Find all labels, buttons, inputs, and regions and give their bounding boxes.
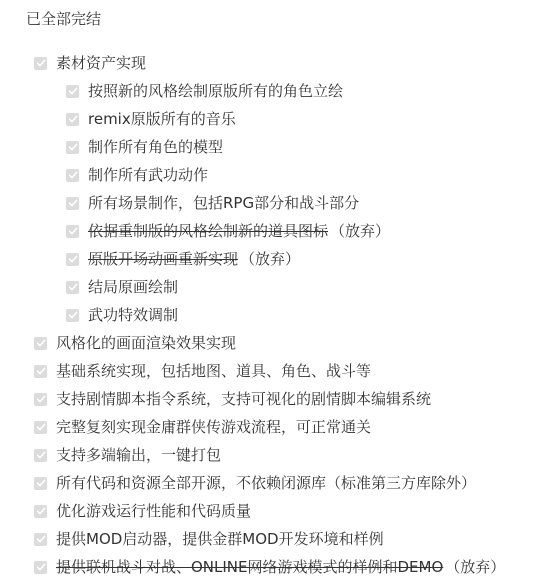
task-item: 支持多端输出，一键打包 <box>34 441 505 469</box>
checkmark-icon <box>68 310 78 320</box>
subtask-item: 制作所有武功动作 <box>66 161 505 189</box>
task-label: 基础系统实现，包括地图、道具、角色、战斗等 <box>56 361 371 381</box>
checkmark-icon <box>68 86 78 96</box>
task-checkbox[interactable] <box>66 169 79 182</box>
subtask-item: remix原版所有的音乐 <box>66 105 505 133</box>
abandoned-note: （放弃） <box>240 249 300 269</box>
task-label: 制作所有角色的模型 <box>88 137 223 157</box>
task-label: 所有代码和资源全部开源，不依赖闭源库（标准第三方库除外） <box>56 473 476 493</box>
task-checkbox[interactable] <box>34 449 47 462</box>
task-label: 结局原画绘制 <box>88 277 178 297</box>
task-checkbox[interactable] <box>34 533 47 546</box>
task-checkbox[interactable] <box>34 337 47 350</box>
checkmark-icon <box>68 114 78 124</box>
subtask-item: 所有场景制作，包括RPG部分和战斗部分 <box>66 189 505 217</box>
subtask-item-abandoned: 原版开场动画重新实现 （放弃） <box>66 245 505 273</box>
task-label: 完整复刻实现金庸群侠传游戏流程，可正常通关 <box>56 417 371 437</box>
task-checkbox[interactable] <box>34 57 47 70</box>
task-label: remix原版所有的音乐 <box>88 109 236 129</box>
task-label-struck: 依据重制版的风格绘制新的道具图标 <box>88 221 328 241</box>
task-label: 支持多端输出，一键打包 <box>56 445 221 465</box>
task-label: 所有场景制作，包括RPG部分和战斗部分 <box>88 193 359 213</box>
task-label-struck: 原版开场动画重新实现 <box>88 249 238 269</box>
task-label: 支持剧情脚本指令系统，支持可视化的剧情脚本编辑系统 <box>56 389 431 409</box>
checkmark-icon <box>68 170 78 180</box>
task-item: 素材资产实现 按照新的风格绘制原版所有的角色立绘 remix原版所有的音乐 制作… <box>34 49 505 329</box>
task-label: 风格化的画面渲染效果实现 <box>56 333 236 353</box>
checkmark-icon <box>36 366 46 376</box>
subtask-item: 武功特效调制 <box>66 301 505 329</box>
task-list: 素材资产实现 按照新的风格绘制原版所有的角色立绘 remix原版所有的音乐 制作… <box>34 49 505 581</box>
task-item: 所有代码和资源全部开源，不依赖闭源库（标准第三方库除外） <box>34 469 505 497</box>
task-label: 优化游戏运行性能和代码质量 <box>56 501 251 521</box>
task-item: 支持剧情脚本指令系统，支持可视化的剧情脚本编辑系统 <box>34 385 505 413</box>
checkmark-icon <box>36 338 46 348</box>
subtask-item-abandoned: 依据重制版的风格绘制新的道具图标 （放弃） <box>66 217 505 245</box>
task-label: 按照新的风格绘制原版所有的角色立绘 <box>88 81 343 101</box>
subtask-item: 制作所有角色的模型 <box>66 133 505 161</box>
subtask-list: 按照新的风格绘制原版所有的角色立绘 remix原版所有的音乐 制作所有角色的模型… <box>34 77 505 329</box>
task-checkbox[interactable] <box>34 393 47 406</box>
task-checkbox[interactable] <box>66 225 79 238</box>
task-item: 提供MOD启动器，提供金群MOD开发环境和样例 <box>34 525 505 553</box>
task-checkbox[interactable] <box>34 505 47 518</box>
checkmark-icon <box>36 562 46 572</box>
task-checkbox[interactable] <box>34 561 47 574</box>
task-checkbox[interactable] <box>66 309 79 322</box>
task-label: 制作所有武功动作 <box>88 165 208 185</box>
task-checkbox[interactable] <box>66 113 79 126</box>
checkmark-icon <box>36 422 46 432</box>
checkmark-icon <box>36 506 46 516</box>
checkmark-icon <box>68 226 78 236</box>
checkmark-icon <box>36 534 46 544</box>
task-label: 素材资产实现 <box>56 53 146 73</box>
task-checkbox[interactable] <box>66 253 79 266</box>
section-heading: 已全部完结 <box>26 8 101 30</box>
task-checkbox[interactable] <box>34 477 47 490</box>
task-checkbox[interactable] <box>34 421 47 434</box>
checkmark-icon <box>68 254 78 264</box>
task-checkbox[interactable] <box>34 365 47 378</box>
subtask-item: 按照新的风格绘制原版所有的角色立绘 <box>66 77 505 105</box>
task-checkbox[interactable] <box>66 85 79 98</box>
checkmark-icon <box>36 478 46 488</box>
task-item: 风格化的画面渲染效果实现 <box>34 329 505 357</box>
abandoned-note: （放弃） <box>330 221 390 241</box>
task-label: 提供MOD启动器，提供金群MOD开发环境和样例 <box>56 529 384 549</box>
task-checkbox[interactable] <box>66 197 79 210</box>
abandoned-note: （放弃） <box>445 557 505 577</box>
checkmark-icon <box>68 282 78 292</box>
task-item: 优化游戏运行性能和代码质量 <box>34 497 505 525</box>
task-label: 武功特效调制 <box>88 305 178 325</box>
task-item: 基础系统实现，包括地图、道具、角色、战斗等 <box>34 357 505 385</box>
checkmark-icon <box>68 142 78 152</box>
task-item-abandoned: 提供联机战斗对战、ONLINE网络游戏模式的样例和DEMO （放弃） <box>34 553 505 581</box>
subtask-item: 结局原画绘制 <box>66 273 505 301</box>
task-checkbox[interactable] <box>66 281 79 294</box>
checkmark-icon <box>68 198 78 208</box>
checkmark-icon <box>36 450 46 460</box>
checkmark-icon <box>36 394 46 404</box>
task-item: 完整复刻实现金庸群侠传游戏流程，可正常通关 <box>34 413 505 441</box>
task-label-struck: 提供联机战斗对战、ONLINE网络游戏模式的样例和DEMO <box>56 557 443 577</box>
checkmark-icon <box>36 58 46 68</box>
task-checkbox[interactable] <box>66 141 79 154</box>
